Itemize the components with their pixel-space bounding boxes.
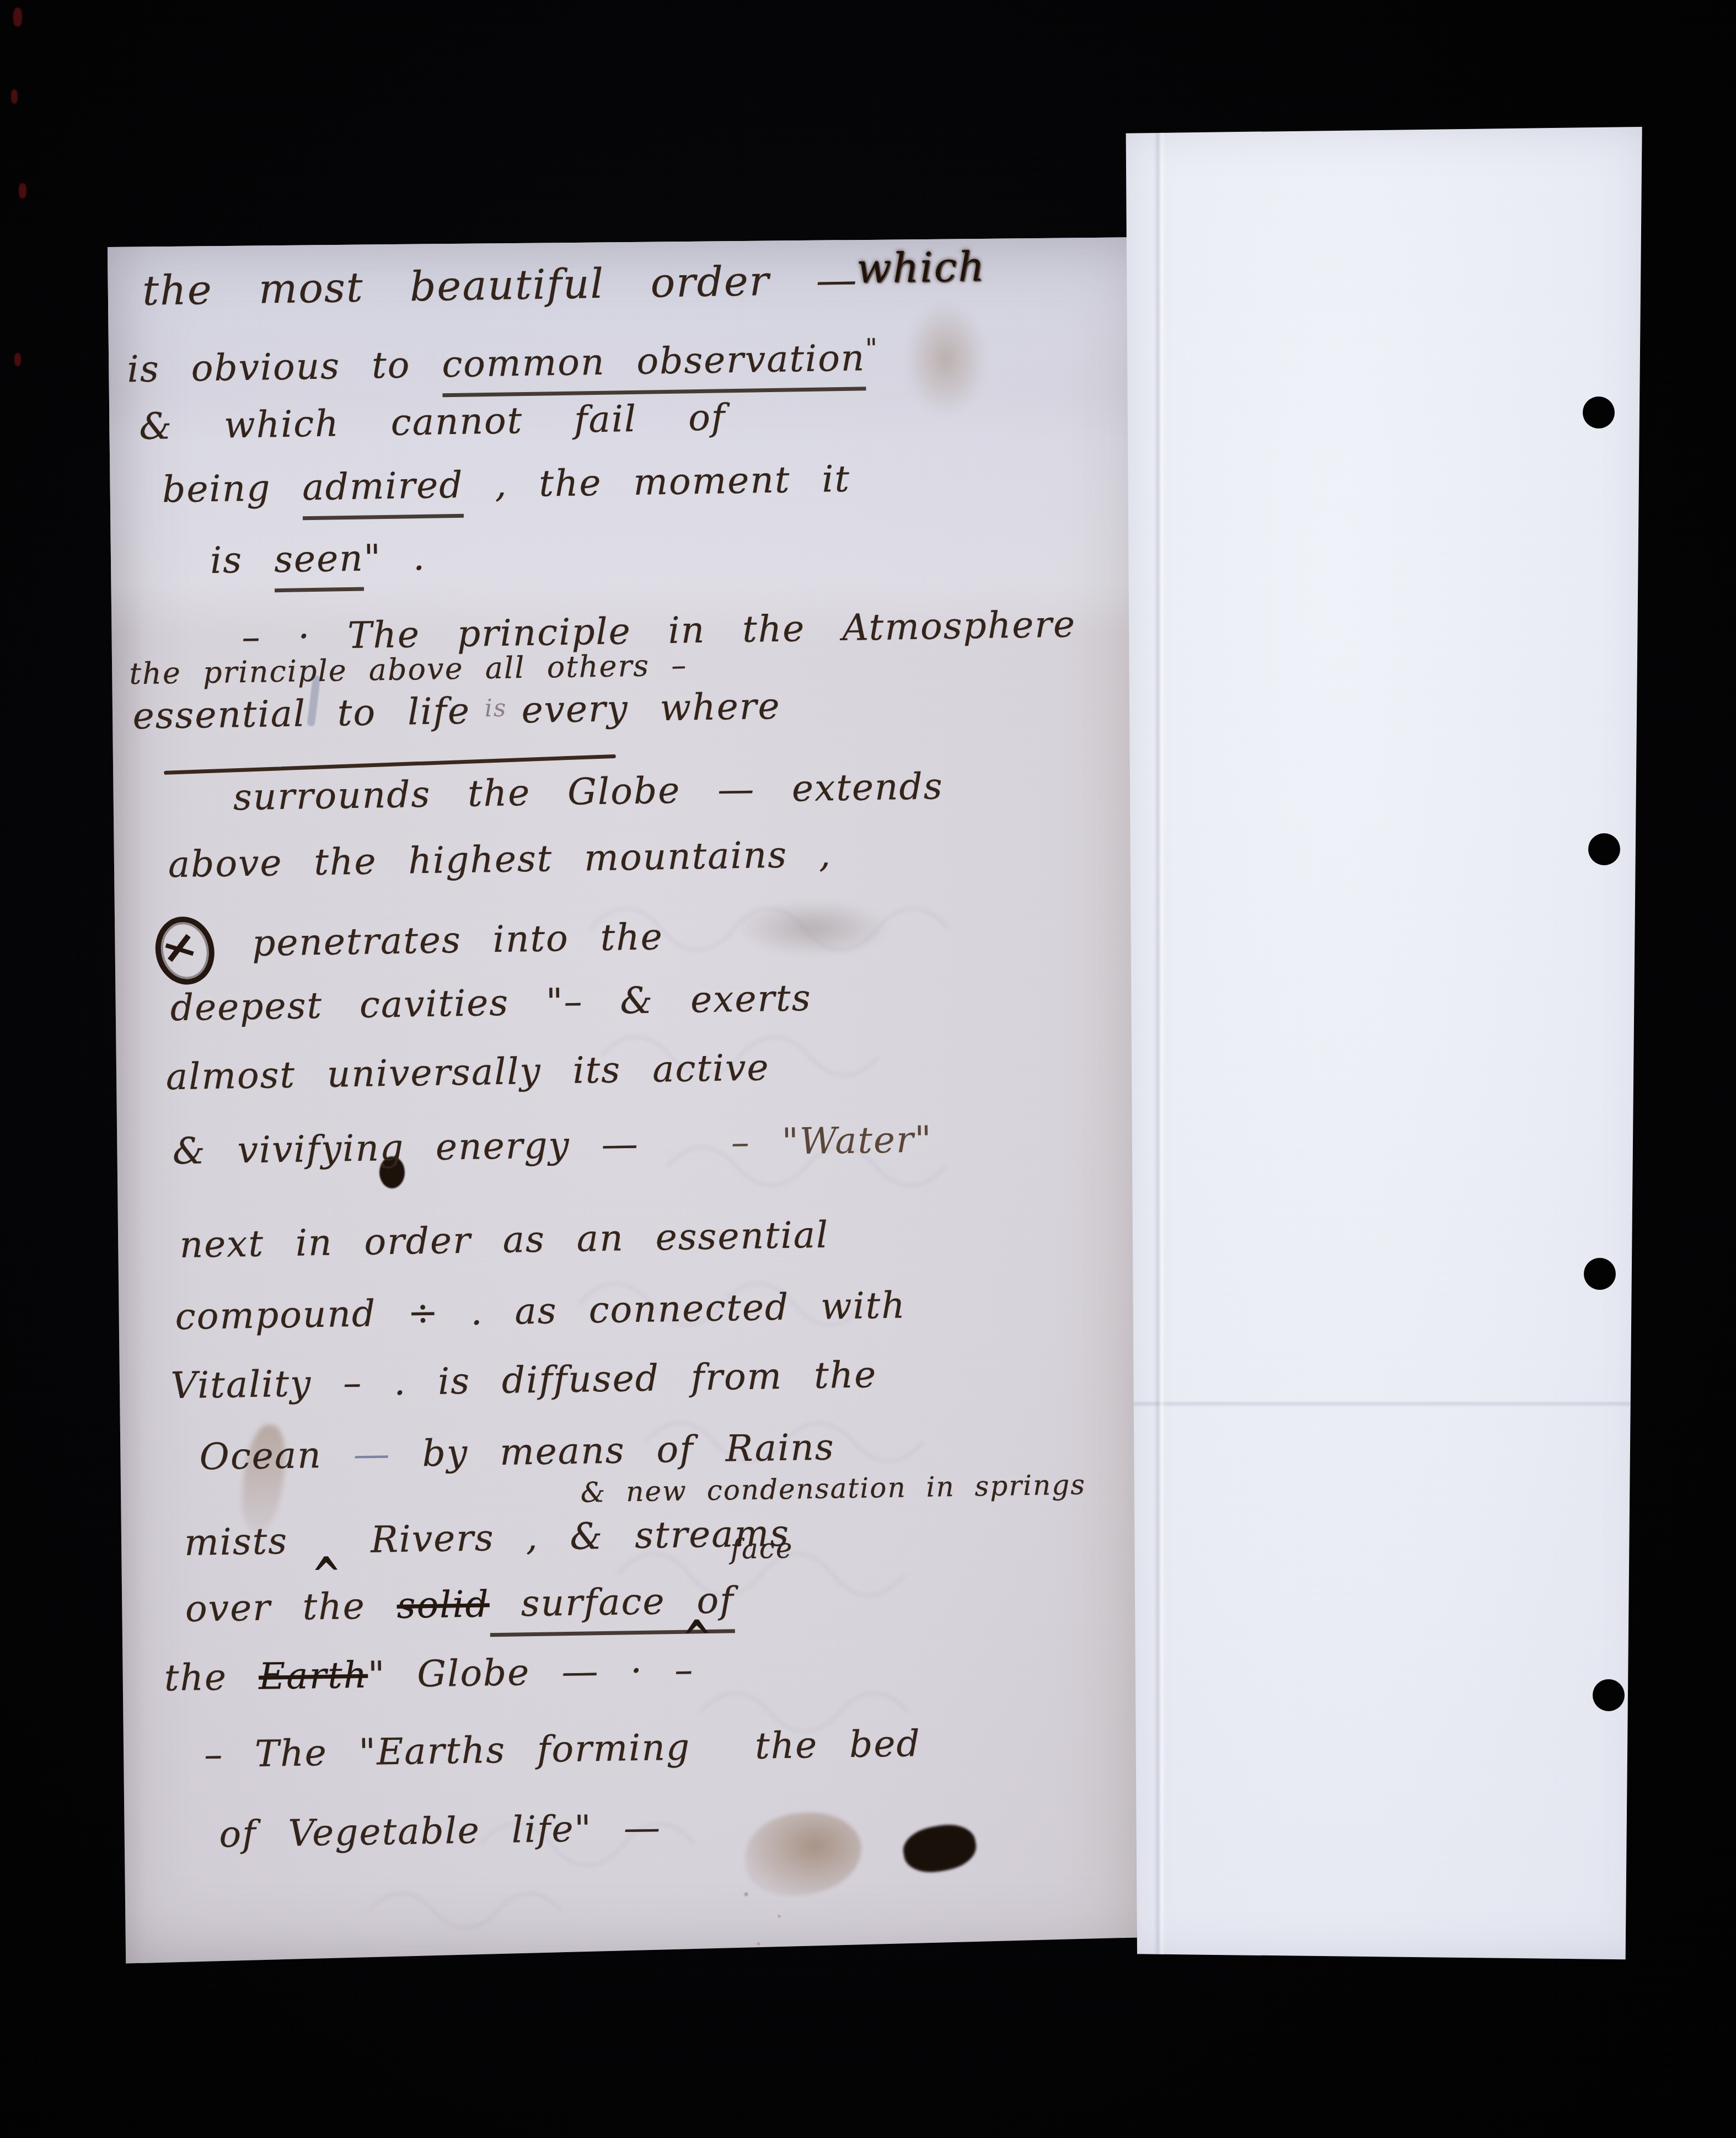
line-20-text2: Rivers , & streams (370, 1512, 790, 1561)
line-23: the Earth" Globe — · – (164, 1648, 694, 1699)
line-15: next in order as an essential (179, 1214, 829, 1266)
line-07: the principle above all others – (129, 647, 688, 691)
line-12: deepest cavities "– & exerts (170, 977, 812, 1029)
line-03-text: & which cannot fail of (139, 396, 726, 448)
line-18-text: Ocean (199, 1433, 353, 1478)
line-08: essential to lifeisevery where (132, 685, 781, 737)
line-17: Vitality – . is diffused from the (170, 1353, 877, 1407)
handwriting-block: the most beautiful order — which is obvi… (103, 218, 1183, 1969)
line-05-text2: " . (363, 536, 426, 580)
ink-scribble-circle (149, 911, 221, 991)
line-13: almost universally its active (165, 1046, 770, 1098)
line-20-text: mists (184, 1520, 288, 1564)
water-quoted-word: – "Water" (731, 1118, 933, 1164)
line-01-blotted-word: which (856, 243, 985, 293)
pencil-insert-word: is (484, 694, 507, 723)
red-speck (19, 183, 26, 199)
line-11-text: penetrates into the (251, 915, 663, 964)
line-24-text2: the bed (754, 1722, 921, 1767)
line-24-text: – The "Earths forming (204, 1726, 722, 1776)
manuscript-page: the most beautiful order — which is obvi… (105, 234, 1158, 1969)
line-07-text: the principle above all others – (129, 647, 688, 691)
grey-dash: — (353, 1433, 391, 1476)
line-15-text: next in order as an essential (179, 1214, 829, 1266)
line-18: Ocean — by means of Rains (199, 1426, 835, 1478)
punch-hole-1 (1583, 396, 1615, 428)
underlined-phrase: common observation (442, 336, 866, 397)
line-01: the most beautiful order — (142, 256, 858, 314)
line-10: above the highest mountains , (168, 833, 832, 886)
line-04: being admired , the moment it (162, 458, 851, 511)
quote-mark: " (865, 333, 879, 364)
line-19-insert: & new condensation in springs (580, 1469, 1086, 1508)
line-18-text2: by means of Rains (390, 1426, 835, 1475)
line-14: & vivifying energy — – "Water" (172, 1118, 933, 1173)
line-23-text: the (164, 1655, 259, 1700)
line-24: – The "Earths forming the bed (204, 1722, 921, 1776)
line-01-text: the most beautiful order — (142, 256, 858, 314)
line-14-text: & vivifying energy — (172, 1122, 671, 1172)
paper-strip (1119, 124, 1654, 1963)
line-12-text: deepest cavities "– & exerts (170, 977, 812, 1029)
red-speck (11, 89, 18, 104)
line-16-text: compound ÷ . as connected with (175, 1284, 906, 1338)
struck-word: Earth (258, 1654, 368, 1698)
line-17-text: Vitality – . is diffused from the (170, 1353, 877, 1407)
line-22-text: over the (185, 1584, 397, 1630)
underlined-word: seen (274, 537, 365, 593)
line-22: over the solid surface of (185, 1579, 735, 1630)
line-19-text: & new condensation in springs (580, 1469, 1086, 1508)
line-13-text: almost universally its active (165, 1046, 770, 1098)
line-04-text: being (162, 466, 303, 511)
struck-word: solid (397, 1583, 490, 1627)
punch-hole-2 (1588, 833, 1620, 865)
line-09-text: surrounds the Globe — extends (233, 765, 944, 818)
line-02: is obvious to common observation" (127, 333, 879, 390)
line-25: of Vegetable life" — (219, 1806, 662, 1856)
red-speck (13, 8, 22, 26)
line-08-text: essential to life (132, 690, 471, 738)
line-20: mistsRivers , & streams (184, 1512, 790, 1564)
line-21-insert: face (730, 1532, 794, 1566)
line-16: compound ÷ . as connected with (175, 1284, 906, 1338)
line-05: is seen" . (210, 536, 426, 582)
line-05-text: is (210, 538, 275, 582)
line-09: surrounds the Globe — extends (233, 765, 944, 818)
photo-canvas: the most beautiful order — which is obvi… (0, 0, 1736, 2138)
line-03: & which cannot fail of (139, 396, 726, 448)
line-21-text: face (730, 1532, 794, 1566)
line-08-text2: every where (521, 685, 781, 731)
line-04-text2: , the moment it (463, 458, 851, 506)
line-10-text: above the highest mountains , (168, 833, 832, 886)
blotted-word-text: which (856, 243, 985, 293)
line-11: penetrates into the (251, 915, 663, 964)
red-speck (14, 353, 21, 366)
punch-hole-4 (1593, 1679, 1625, 1711)
line-23-text2: " Globe — · – (368, 1648, 694, 1696)
line-02-text: is obvious to (127, 343, 442, 390)
line-25-text: of Vegetable life" — (219, 1806, 662, 1856)
underlined-word: admired (302, 464, 464, 521)
punch-hole-3 (1584, 1258, 1616, 1290)
